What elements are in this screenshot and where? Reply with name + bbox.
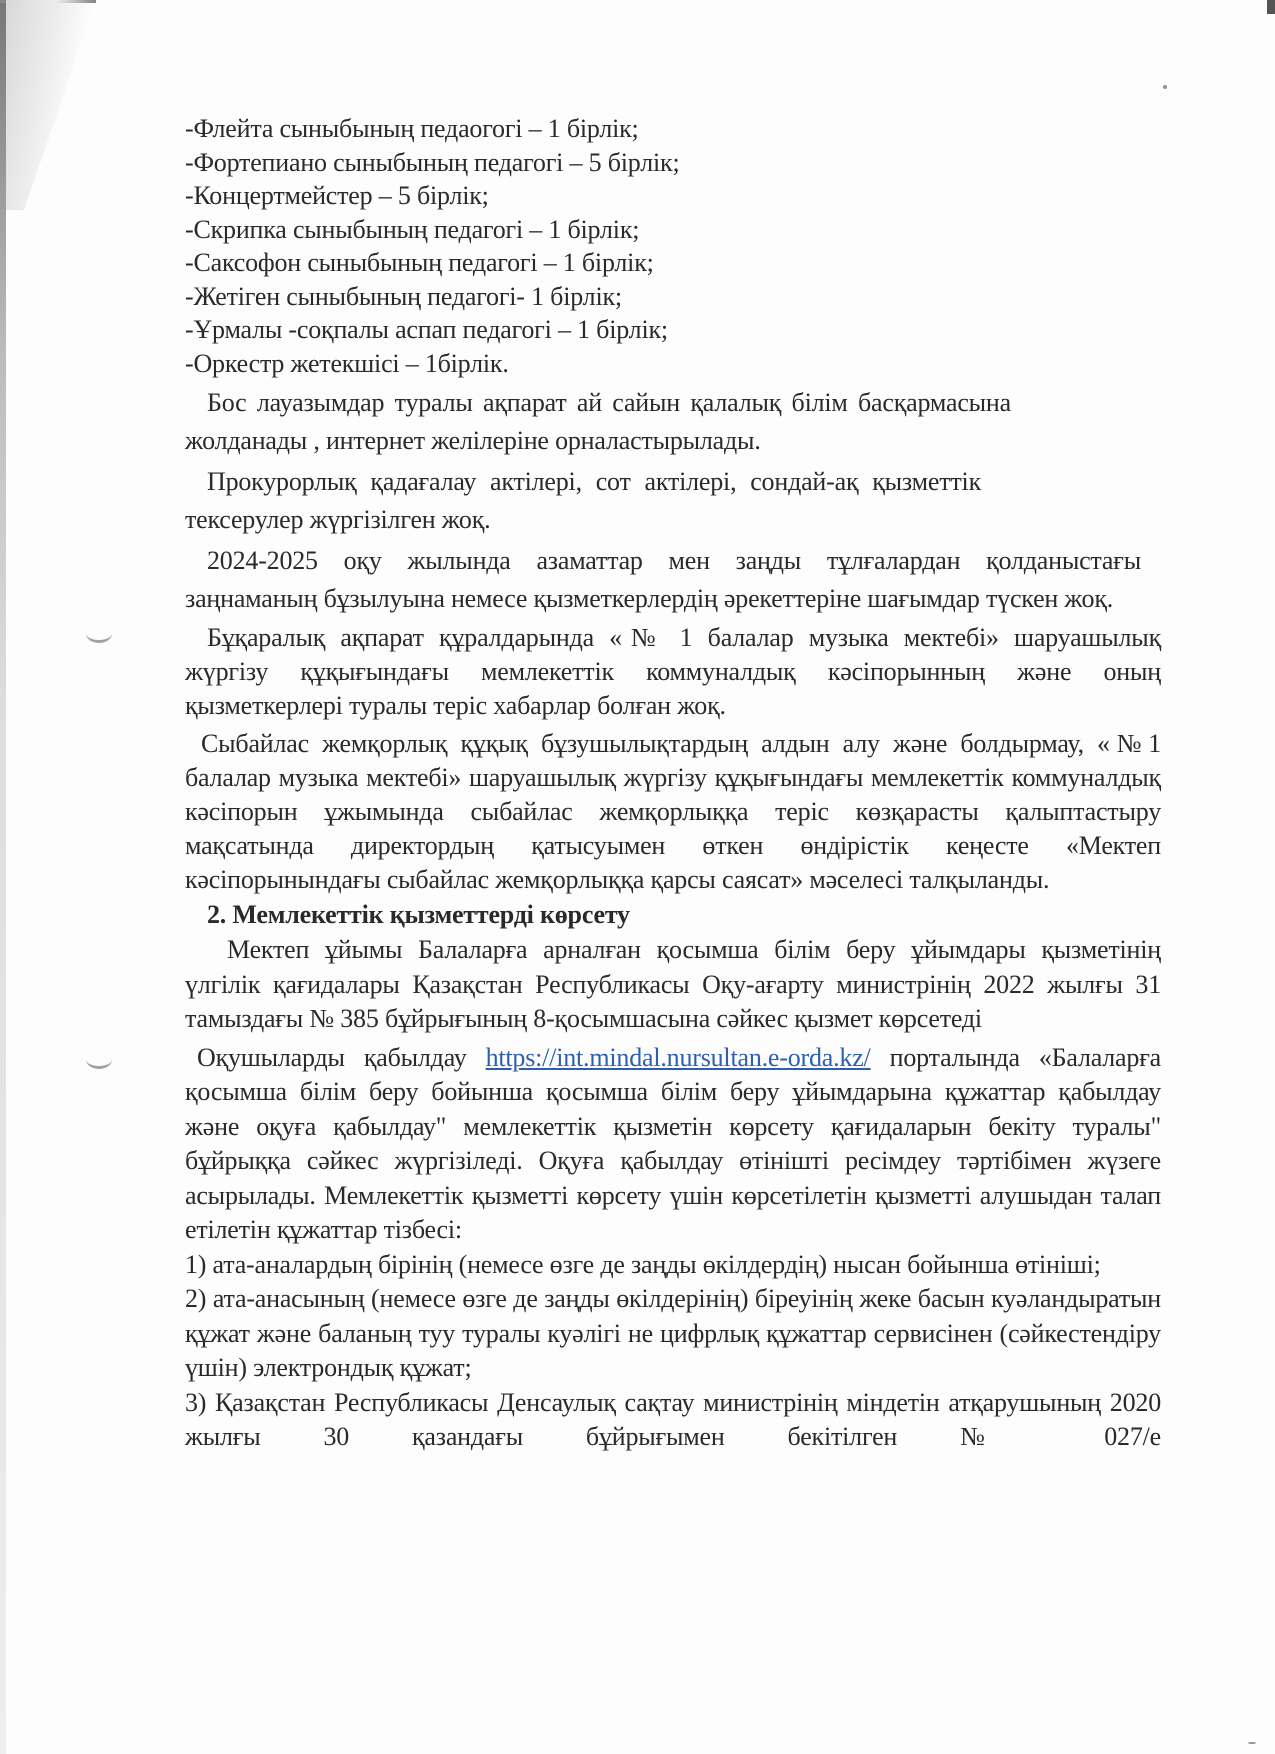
paragraph-complaints: 2024-2025 оқу жылында азаматтар мен заңд… (185, 542, 1161, 617)
scan-right-corner-mark (1267, 0, 1275, 14)
list-item: -Фортепиано сыныбының педагогі – 5 бірлі… (185, 146, 1161, 180)
list-item: 2) ата-анасының (немесе өзге де заңды өк… (185, 1282, 1161, 1386)
scan-folded-corner (6, 0, 96, 210)
scan-speck (1163, 85, 1167, 89)
portal-link[interactable]: https://int.mindal.nursultan.e-orda.kz/ (486, 1043, 871, 1072)
punch-hole-mark (86, 1050, 112, 1069)
vacant-positions-list: -Флейта сыныбының педаогогі – 1 бірлік; … (185, 112, 1161, 380)
list-item: -Ұрмалы -соқпалы аспап педагогі – 1 бірл… (185, 313, 1161, 347)
list-item: -Жетіген сыныбының педагогі- 1 бірлік; (185, 280, 1161, 314)
admission-text-suffix: порталында «Балаларға қосымша білім беру… (185, 1043, 1161, 1245)
document-page: -Флейта сыныбының педаогогі – 1 бірлік; … (185, 112, 1161, 1455)
list-item: 3) Қазақстан Республикасы Денсаулық сақт… (185, 1386, 1161, 1455)
punch-hole-mark (86, 624, 112, 643)
list-item: -Оркестр жетекшісі – 1бірлік. (185, 347, 1161, 381)
paragraph-vacancies-info: Бос лауазымдар туралы ақпарат ай сайын қ… (185, 384, 1161, 459)
paragraph-service-rules: Мектеп ұйымы Балаларға арналған қосымша … (185, 933, 1161, 1037)
paragraph-media: Бұқаралық ақпарат құралдарында «№ 1 бала… (185, 621, 1161, 723)
list-item: -Скрипка сыныбының педагогі – 1 бірлік; (185, 213, 1161, 247)
section-heading: 2. Мемлекеттік қызметтерді көрсету (185, 897, 1161, 933)
scan-left-edge (0, 0, 6, 1754)
paragraph-admission: Оқушыларды қабылдау https://int.mindal.n… (185, 1041, 1161, 1248)
paragraph-anticorruption: Сыбайлас жемқорлық құқық бұзушылықтардың… (185, 727, 1161, 897)
required-documents-list: 1) ата-аналардың бірінің (немесе өзге де… (185, 1248, 1161, 1455)
list-item: -Саксофон сыныбының педагогі – 1 бірлік; (185, 246, 1161, 280)
scan-speck (1248, 1742, 1256, 1744)
list-item: -Концертмейстер – 5 бірлік; (185, 179, 1161, 213)
paragraph-prosecutor-acts: Прокурорлық қадағалау актілері, сот акті… (185, 463, 1161, 538)
admission-text-prefix: Оқушыларды қабылдау (197, 1043, 486, 1072)
list-item: -Флейта сыныбының педаогогі – 1 бірлік; (185, 112, 1161, 146)
list-item: 1) ата-аналардың бірінің (немесе өзге де… (185, 1248, 1161, 1283)
